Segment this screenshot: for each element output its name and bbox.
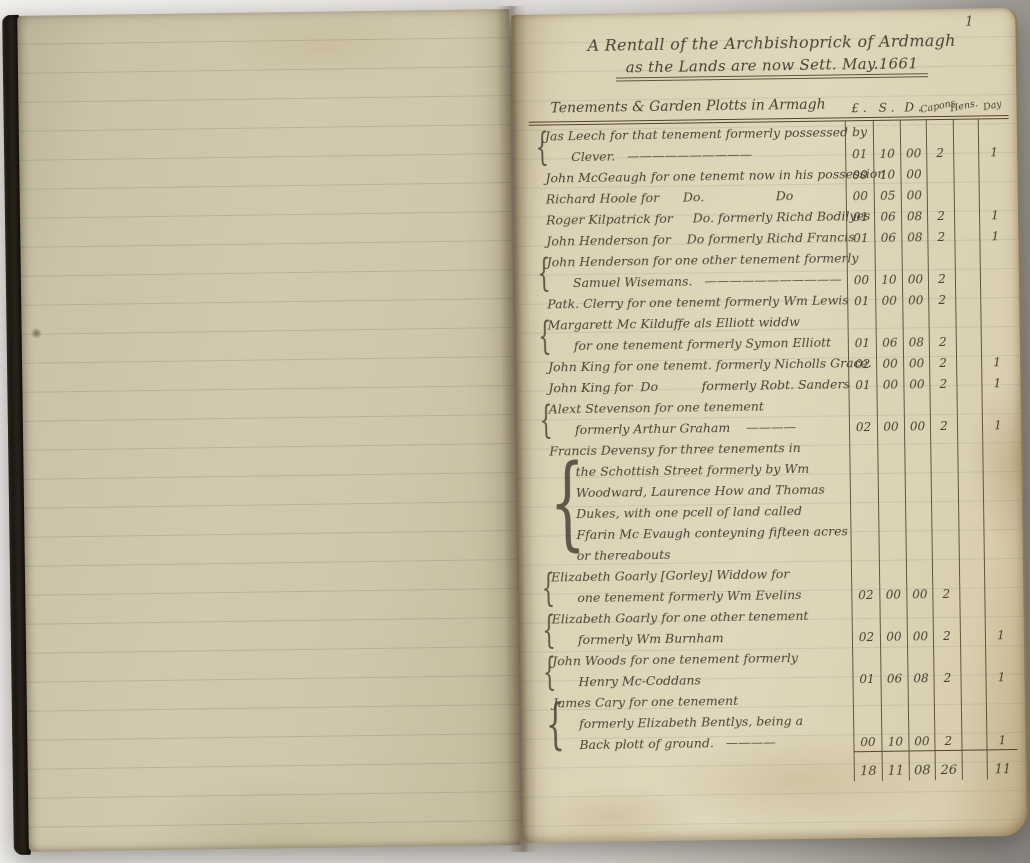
cell-hens xyxy=(954,224,979,245)
cell-pence: 08 xyxy=(907,645,934,687)
cell-day: 1 xyxy=(981,371,1012,392)
cell-value: 00 xyxy=(882,294,897,308)
ledger-row: {John Henderson for one other tenement f… xyxy=(531,245,1012,294)
entry-brace: { xyxy=(535,127,549,165)
cell-value: 08 xyxy=(909,335,924,349)
cell-shillings: 00 xyxy=(876,352,903,373)
cell-value: 2 xyxy=(944,734,952,748)
cell-day: 1 xyxy=(984,602,1016,644)
cell-capons: 2 xyxy=(932,603,960,645)
cell-capons xyxy=(926,162,953,183)
cell-capons: 2 xyxy=(929,351,956,372)
photo-background: 1 A Rentall of the Archbishoprick of Ard… xyxy=(0,0,1030,863)
cell-pence: 00 xyxy=(908,687,935,750)
cell-value: 06 xyxy=(881,231,896,245)
row-description: {Francis Devensy for three tenements int… xyxy=(533,436,851,566)
cell-shillings: 06 xyxy=(874,205,901,226)
cell-value: 2 xyxy=(938,272,946,286)
ledger-rows: {Jas Leech for that tenement formerly po… xyxy=(529,119,1018,756)
cell-value: 00 xyxy=(886,588,901,602)
cell-value: 1 xyxy=(998,670,1006,684)
entry-brace: { xyxy=(545,697,565,751)
entry-brace: { xyxy=(541,568,555,606)
cell-pounds: 01 xyxy=(847,289,875,310)
cell-hens xyxy=(959,560,985,602)
cell-value: 00 xyxy=(906,167,921,181)
cell-shillings: 00 xyxy=(879,562,907,604)
cell-pounds xyxy=(849,436,879,562)
entry-brace: { xyxy=(543,652,557,690)
header-description: Tenements & Garden Plotts in Armagh xyxy=(528,83,844,121)
cell-value: 1 xyxy=(994,418,1002,432)
cell-shillings: 00 xyxy=(879,604,907,646)
cell-value: 01 xyxy=(852,147,867,161)
cell-capons: 2 xyxy=(930,393,958,435)
cell-hens xyxy=(955,287,980,308)
cell-capons xyxy=(927,183,954,204)
col-header-day: Day xyxy=(977,81,1008,115)
cell-shillings: 00 xyxy=(876,373,903,394)
cell-value: 2 xyxy=(944,671,952,685)
cell-pence: 00 xyxy=(900,120,927,162)
cell-shillings: 06 xyxy=(875,310,903,352)
ledger-row: {John Woods for one tenement formerlyHen… xyxy=(536,644,1017,693)
cell-value: 1 xyxy=(993,376,1001,390)
col-header-shillings: S . xyxy=(872,83,899,117)
total-hens xyxy=(962,749,987,779)
cell-capons: 2 xyxy=(928,309,956,351)
total-row-spacer xyxy=(538,751,854,785)
cell-day xyxy=(982,434,1015,560)
cell-day xyxy=(980,287,1011,308)
cell-pence: 00 xyxy=(901,246,928,288)
cell-day: 1 xyxy=(986,686,1018,749)
cell-value: 00 xyxy=(853,189,868,203)
cell-value: 2 xyxy=(942,587,950,601)
cell-pounds: 00 xyxy=(846,184,874,205)
cell-value: 02 xyxy=(856,420,871,434)
cell-value: 1 xyxy=(998,733,1006,747)
cell-capons: 2 xyxy=(933,645,961,687)
cell-value: 05 xyxy=(880,189,895,203)
cell-hens xyxy=(953,119,979,161)
cell-shillings: 00 xyxy=(877,394,905,436)
entry-brace: { xyxy=(539,400,553,438)
entry-text-line: Ffarin Mc Evaugh conteyning fifteen acre… xyxy=(550,520,850,545)
cell-value: 01 xyxy=(859,672,874,686)
table-total-row: 18 11 08 26 11 xyxy=(538,749,1018,786)
row-description: {John Henderson for one other tenement f… xyxy=(531,247,848,293)
cell-value: 2 xyxy=(940,419,948,433)
total-pence: 08 xyxy=(909,750,935,780)
cell-value: 02 xyxy=(859,630,874,644)
row-description: {Elizabeth Goarly for one other tenement… xyxy=(536,604,853,650)
cell-pence: 08 xyxy=(901,225,927,246)
cell-pence: 00 xyxy=(906,561,933,603)
cell-shillings: 06 xyxy=(874,226,901,247)
cell-hens xyxy=(955,308,981,350)
cell-value: 08 xyxy=(913,671,928,685)
cell-value: 1 xyxy=(997,628,1005,642)
cell-hens xyxy=(957,434,984,560)
cell-capons: 2 xyxy=(928,288,955,309)
cell-shillings: 10 xyxy=(874,247,902,289)
cell-day xyxy=(979,245,1011,287)
cell-capons: 2 xyxy=(927,225,954,246)
cell-value: 06 xyxy=(880,210,895,224)
cell-value: 02 xyxy=(858,588,873,602)
cell-shillings: 10 xyxy=(873,121,901,163)
cell-day: 1 xyxy=(985,644,1017,686)
cell-value: 2 xyxy=(938,293,946,307)
cell-value: 08 xyxy=(907,209,922,223)
cell-value: 01 xyxy=(855,378,870,392)
right-ledger-page: 1 A Rentall of the Archbishoprick of Ard… xyxy=(511,8,1029,843)
cell-pounds: 02 xyxy=(851,562,880,604)
cell-hens xyxy=(959,602,985,644)
cell-pounds: 01 xyxy=(847,310,876,352)
cell-pence: 00 xyxy=(904,393,931,435)
cell-value: 00 xyxy=(908,272,923,286)
open-ledger-book: 1 A Rentall of the Archbishoprick of Ard… xyxy=(2,0,1024,859)
ledger-row: {James Cary for one tenementformerly Eli… xyxy=(537,686,1018,756)
ledger-row: {Margarett Mc Kilduffe als Elliott widdw… xyxy=(531,308,1012,357)
row-description: {John Woods for one tenement formerlyHen… xyxy=(536,646,853,692)
cell-pence: 00 xyxy=(900,162,926,183)
cell-hens xyxy=(961,686,987,749)
cell-value: 2 xyxy=(939,356,947,370)
cell-pounds: 02 xyxy=(851,604,880,646)
cell-value: 00 xyxy=(886,630,901,644)
ledger-row: {Elizabeth Goarly [Gorley] Widdow forone… xyxy=(535,560,1016,609)
ledger-row: {Alext Stevenson for one tenementformerl… xyxy=(533,392,1014,441)
cell-pence: 08 xyxy=(901,204,927,225)
cell-value: 1 xyxy=(991,208,999,222)
cell-value: 10 xyxy=(879,147,894,161)
table-header-row: Tenements & Garden Plotts in Armagh £ . … xyxy=(528,81,1008,126)
cell-value: 01 xyxy=(854,294,869,308)
cell-shillings xyxy=(877,436,906,562)
cell-value: 1 xyxy=(991,229,999,243)
cell-pence: 00 xyxy=(903,351,929,372)
cell-hens xyxy=(954,182,979,203)
cell-hens xyxy=(956,350,981,371)
cell-value: 00 xyxy=(910,419,925,433)
entry-brace: { xyxy=(549,452,586,554)
cell-value: 1 xyxy=(990,145,998,159)
cell-value: 10 xyxy=(888,735,903,749)
cell-capons: 2 xyxy=(927,246,955,288)
ledger-row: {Elizabeth Goarly for one other tenement… xyxy=(536,602,1017,651)
cell-hens xyxy=(956,371,981,392)
cell-hens xyxy=(957,392,983,434)
ledger-row: {Francis Devensy for three tenements int… xyxy=(533,434,1015,567)
col-header-capons: Capons xyxy=(925,82,952,116)
left-blank-page xyxy=(17,9,521,852)
cell-value: 06 xyxy=(887,672,902,686)
col-header-pounds: £ . xyxy=(844,83,872,117)
cell-day xyxy=(984,560,1016,602)
total-day: 11 xyxy=(987,749,1018,779)
cell-hens xyxy=(954,245,980,287)
cell-pence xyxy=(904,435,932,561)
cell-capons: 2 xyxy=(926,120,954,162)
cell-shillings: 10 xyxy=(881,688,909,751)
cell-value: 00 xyxy=(883,420,898,434)
cell-value: 00 xyxy=(909,356,924,370)
cell-capons: 2 xyxy=(927,204,954,225)
ledger-row: {Jas Leech for that tenement formerly po… xyxy=(529,119,1010,168)
total-capons: 26 xyxy=(935,750,962,780)
cell-day: 1 xyxy=(978,119,1010,161)
cell-value: 00 xyxy=(906,146,921,160)
cell-pence: 00 xyxy=(901,183,927,204)
cell-value: 2 xyxy=(939,377,947,391)
cell-pence: 08 xyxy=(902,309,929,351)
total-shillings: 11 xyxy=(882,751,909,781)
cell-value: 06 xyxy=(882,336,897,350)
cell-pounds: 00 xyxy=(853,688,882,751)
cell-capons: 2 xyxy=(929,372,956,393)
ledger-title-line2: as the Lands are now Sett. May.1661 xyxy=(528,52,1016,85)
cell-value: 00 xyxy=(854,273,869,287)
cell-day xyxy=(978,161,1009,182)
cell-value: 10 xyxy=(881,273,896,287)
cell-value: 2 xyxy=(937,230,945,244)
cell-day: 1 xyxy=(979,224,1010,245)
cell-value: 00 xyxy=(882,357,897,371)
cell-value: 1 xyxy=(993,355,1001,369)
cell-pounds: 01 xyxy=(852,646,881,688)
cell-value: 2 xyxy=(937,209,945,223)
cell-value: 00 xyxy=(909,377,924,391)
cell-capons xyxy=(930,435,959,561)
entry-brace: { xyxy=(542,610,556,648)
total-pounds: 18 xyxy=(854,751,882,781)
col-header-hens: Hens. xyxy=(952,81,977,115)
cell-value: 00 xyxy=(914,734,929,748)
cell-hens xyxy=(960,644,986,686)
cell-day: 1 xyxy=(979,203,1010,224)
cell-day xyxy=(979,182,1010,203)
row-description: {Margarett Mc Kilduffe als Elliott widdw… xyxy=(531,310,848,356)
cell-shillings: 00 xyxy=(875,289,902,310)
cell-shillings: 06 xyxy=(880,646,908,688)
cell-value: 00 xyxy=(913,629,928,643)
cell-value: 01 xyxy=(855,336,870,350)
entry-brace: { xyxy=(537,253,551,291)
cell-day: 1 xyxy=(982,392,1014,434)
row-description: {Elizabeth Goarly [Gorley] Widdow forone… xyxy=(535,562,852,608)
cell-value: 00 xyxy=(907,188,922,202)
cell-value: 01 xyxy=(853,231,868,245)
cell-hens xyxy=(954,203,979,224)
cell-value: 00 xyxy=(912,587,927,601)
entry-brace: { xyxy=(538,316,552,354)
row-description: {Jas Leech for that tenement formerly po… xyxy=(529,121,846,167)
entry-text-line: Jas Leech for that tenement formerly pos… xyxy=(545,121,845,146)
cell-value: 00 xyxy=(908,293,923,307)
cell-pence: 00 xyxy=(903,372,929,393)
cell-day: 1 xyxy=(981,350,1012,371)
row-description: {James Cary for one tenementformerly Eli… xyxy=(537,688,854,755)
cell-pence: 00 xyxy=(902,288,928,309)
cell-capons: 2 xyxy=(934,687,962,750)
cell-value: 2 xyxy=(936,146,944,160)
cell-pounds: 02 xyxy=(849,394,878,436)
entry-text-line: Elizabeth Goarly for one other tenement xyxy=(552,604,852,629)
row-description: {Alext Stevenson for one tenementformerl… xyxy=(533,394,850,440)
cell-pence: 00 xyxy=(906,603,933,645)
entry-text-line: Woodward, Laurence How and Thomas xyxy=(550,478,850,503)
cell-value: 00 xyxy=(883,378,898,392)
cell-day xyxy=(980,308,1012,350)
cell-hens xyxy=(953,161,978,182)
cell-capons: 2 xyxy=(932,561,960,603)
cell-value: 00 xyxy=(860,735,875,749)
cell-pounds: 01 xyxy=(848,373,876,394)
rental-table: Tenements & Garden Plotts in Armagh £ . … xyxy=(528,81,1018,786)
cell-shillings: 05 xyxy=(874,184,901,205)
cell-value: 2 xyxy=(939,335,947,349)
cell-value: 08 xyxy=(907,230,922,244)
cell-value: 2 xyxy=(943,629,951,643)
